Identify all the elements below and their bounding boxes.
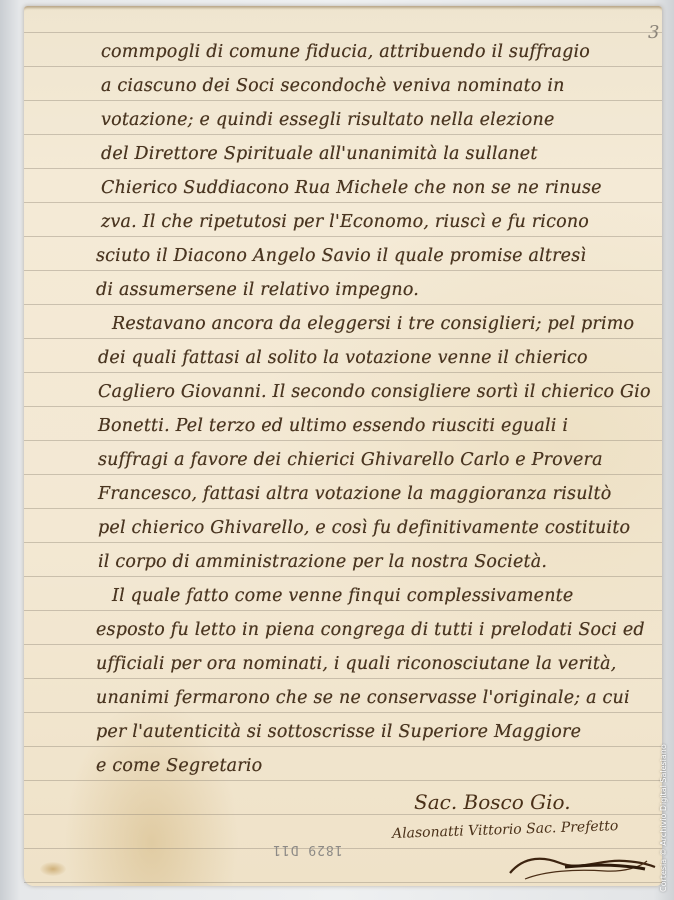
manuscript-page (24, 6, 662, 886)
body-line: pel chierico Ghivarello, e così fu defin… (98, 518, 630, 538)
archive-stamp: 1829 D11 (272, 842, 343, 857)
body-line: Francesco, fattasi altra votazione la ma… (98, 484, 611, 504)
body-line: commpogli di comune fiducia, attribuendo… (101, 42, 590, 62)
body-line: esposto fu letto in piena congrega di tu… (96, 620, 645, 640)
body-line: per l'autenticità si sottoscrisse il Sup… (96, 722, 581, 742)
body-line: unanimi fermarono che se ne conservasse … (96, 688, 630, 708)
body-line: Cagliero Giovanni. Il secondo consiglier… (98, 382, 651, 402)
watermark-credit: Cortesia © Archivio Digital Salesiano (659, 744, 668, 892)
body-line: Chierico Suddiacono Rua Michele che non … (101, 178, 602, 198)
page-number: 3 (648, 22, 659, 43)
body-line: ufficiali per ora nominati, i quali rico… (96, 654, 617, 674)
body-line: Bonetti. Pel terzo ed ultimo essendo riu… (98, 416, 568, 436)
signature-bosco: Sac. Bosco Gio. (414, 790, 571, 814)
body-line: suffragi a favore dei chierici Ghivarell… (98, 450, 603, 470)
body-line: votazione; e quindi essegli risultato ne… (101, 110, 555, 130)
body-line: zva. Il che ripetutosi per l'Economo, ri… (101, 212, 589, 232)
body-line: di assumersene il relativo impegno. (96, 280, 419, 300)
paper-stain (40, 862, 66, 876)
body-line: il corpo di amministrazione per la nostr… (98, 552, 547, 572)
body-line: e come Segretario (96, 756, 262, 776)
body-line: a ciascuno dei Soci secondochè veniva no… (101, 76, 565, 96)
body-line: del Direttore Spirituale all'unanimità l… (101, 144, 538, 164)
signature-flourish-icon (505, 845, 665, 885)
body-line: sciuto il Diacono Angelo Savio il quale … (96, 246, 586, 266)
body-line: Il quale fatto come venne finqui comples… (112, 586, 573, 606)
body-line: Restavano ancora da eleggersi i tre cons… (112, 314, 634, 334)
body-line: dei quali fattasi al solito la votazione… (98, 348, 588, 368)
